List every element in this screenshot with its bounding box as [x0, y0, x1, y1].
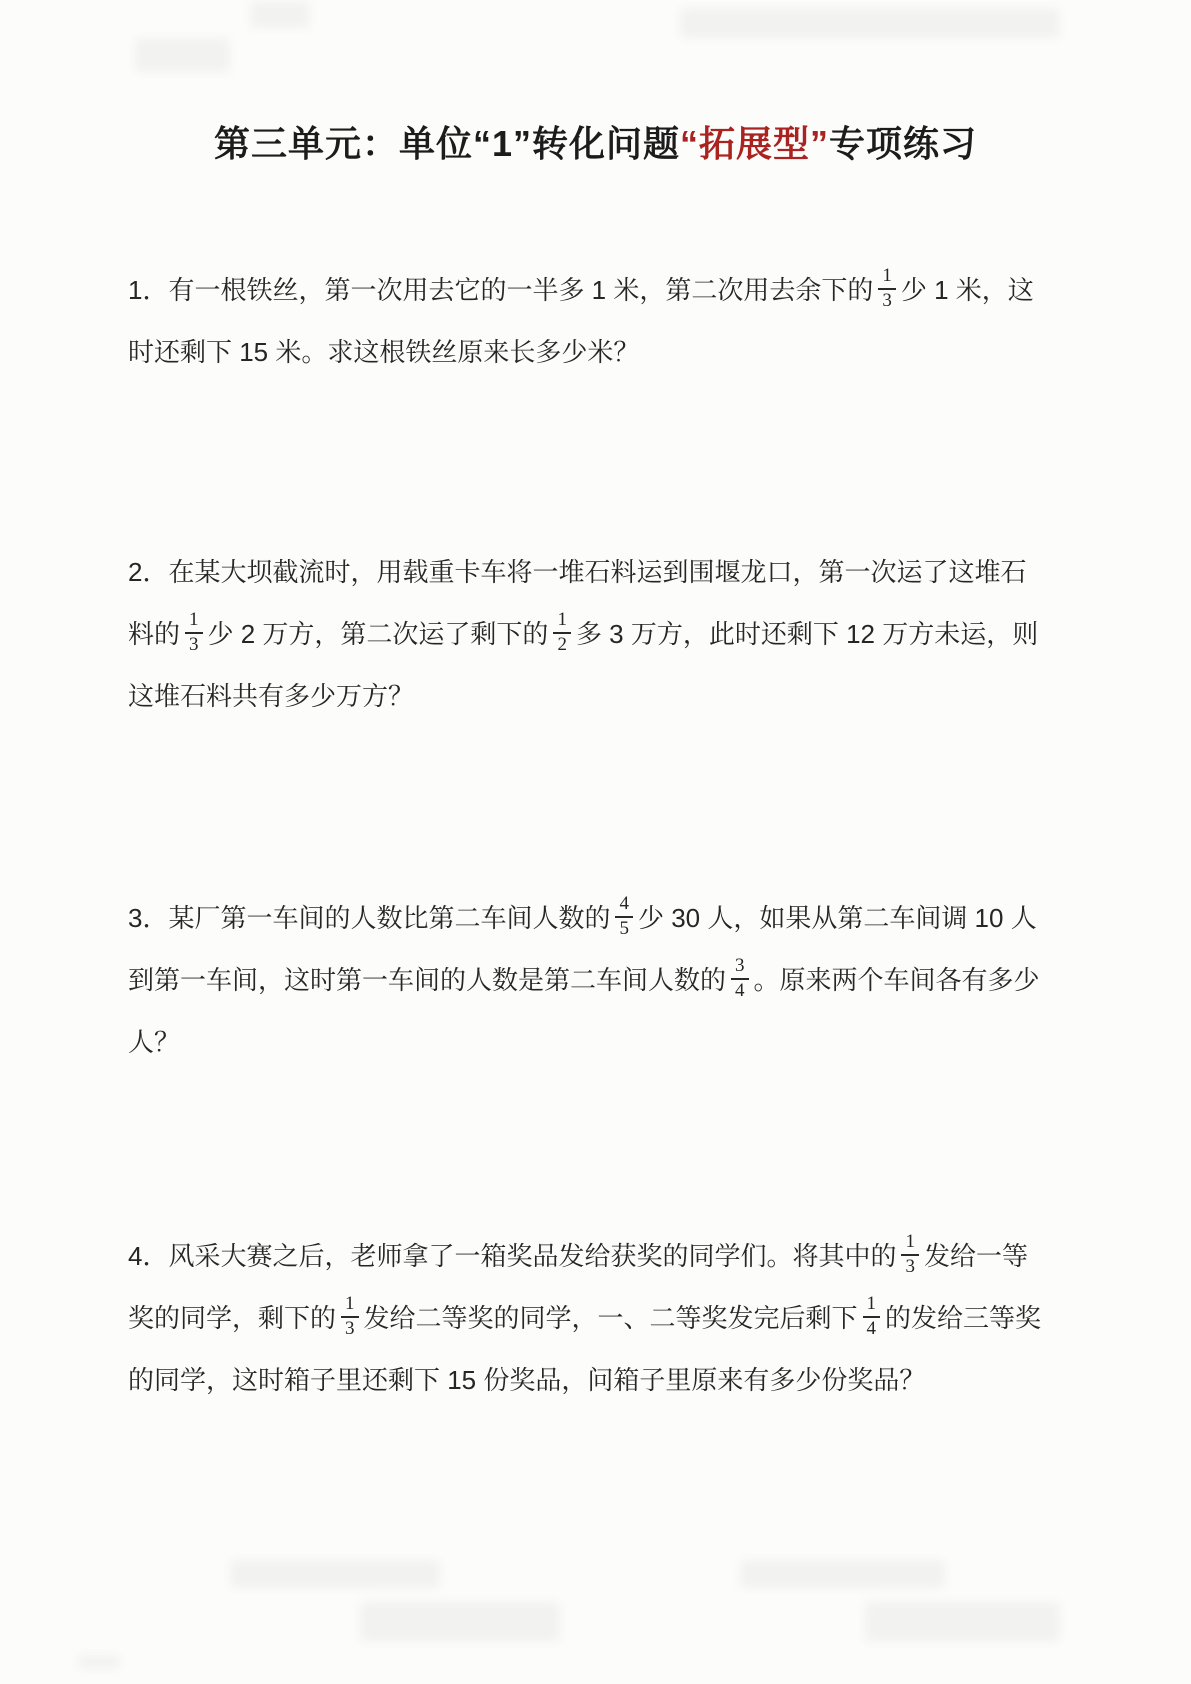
- problem-text: 少 30 人，如果从第二车间调 10 人: [638, 905, 1037, 931]
- problem-line: 料的13少 2 万方，第二次运了剩下的12多 3 万方，此时还剩下 12 万方未…: [128, 603, 1038, 665]
- problem-text: 。原来两个车间各有多少: [754, 967, 1040, 993]
- problem-text: 时还剩下 15 米。求这根铁丝原来长多少米？: [128, 339, 639, 365]
- problem-1: 1．有一根铁丝，第一次用去它的一半多 1 米，第二次用去余下的13少 1 米，这…: [128, 259, 1038, 383]
- problem-line: 人？: [128, 1011, 1038, 1073]
- problem-text: 少 2 万方，第二次运了剩下的: [208, 621, 549, 647]
- problem-line: 1．有一根铁丝，第一次用去它的一半多 1 米，第二次用去余下的13少 1 米，这: [128, 259, 1038, 321]
- problem-text: 少 1 米，这: [901, 277, 1034, 303]
- problem-text: 1．有一根铁丝，第一次用去它的一半多 1 米，第二次用去余下的: [128, 277, 873, 303]
- fraction: 13: [185, 610, 203, 656]
- fraction-denominator: 3: [189, 634, 199, 656]
- problem-text: 这堆石料共有多少万方？: [128, 683, 414, 709]
- fraction: 34: [731, 956, 749, 1002]
- fraction-numerator: 4: [615, 894, 633, 918]
- problem-line: 2．在某大坝截流时，用载重卡车将一堆石料运到围堰龙口，第一次运了这堆石: [128, 541, 1038, 603]
- fraction: 13: [341, 1294, 359, 1340]
- problem-text: 的发给三等奖: [885, 1305, 1041, 1331]
- fraction-denominator: 3: [345, 1318, 355, 1340]
- problem-line: 到第一车间，这时第一车间的人数是第二车间人数的34。原来两个车间各有多少: [128, 949, 1038, 1011]
- fraction-denominator: 3: [905, 1256, 915, 1278]
- problem-text: 人？: [128, 1029, 180, 1055]
- watermark-ghost: [78, 1655, 120, 1669]
- problem-text: 到第一车间，这时第一车间的人数是第二车间人数的: [128, 967, 726, 993]
- fraction-numerator: 1: [553, 610, 571, 634]
- problem-text: 发给二等奖的同学，一、二等奖发完后剩下: [364, 1305, 858, 1331]
- watermark-ghost: [865, 1602, 1060, 1642]
- watermark-ghost: [740, 1560, 945, 1588]
- problem-line: 3．某厂第一车间的人数比第二车间人数的45少 30 人，如果从第二车间调 10 …: [128, 887, 1038, 949]
- fraction-numerator: 1: [901, 1232, 919, 1256]
- problem-list: 1．有一根铁丝，第一次用去它的一半多 1 米，第二次用去余下的13少 1 米，这…: [128, 259, 1038, 1411]
- fraction: 13: [901, 1232, 919, 1278]
- fraction-denominator: 4: [867, 1318, 877, 1340]
- fraction: 14: [863, 1294, 881, 1340]
- page-title: 第三单元：单位“1”转化问题“拓展型”专项练习: [0, 0, 1191, 167]
- problem-line: 4．风采大赛之后，老师拿了一箱奖品发给获奖的同学们。将其中的13发给一等: [128, 1225, 1038, 1287]
- problem-text: 2．在某大坝截流时，用载重卡车将一堆石料运到围堰龙口，第一次运了这堆石: [128, 559, 1026, 585]
- fraction-numerator: 1: [878, 266, 896, 290]
- problem-line: 的同学，这时箱子里还剩下 15 份奖品，问箱子里原来有多少份奖品？: [128, 1349, 1038, 1411]
- fraction: 12: [553, 610, 571, 656]
- fraction-denominator: 5: [619, 918, 629, 940]
- fraction-numerator: 3: [731, 956, 749, 980]
- fraction-denominator: 2: [557, 634, 567, 656]
- fraction-numerator: 1: [863, 1294, 881, 1318]
- fraction-numerator: 1: [185, 610, 203, 634]
- problem-line: 奖的同学，剩下的13发给二等奖的同学，一、二等奖发完后剩下14的发给三等奖: [128, 1287, 1038, 1349]
- title-post: 专项练习: [829, 123, 977, 164]
- fraction: 13: [878, 266, 896, 312]
- problem-4: 4．风采大赛之后，老师拿了一箱奖品发给获奖的同学们。将其中的13发给一等奖的同学…: [128, 1225, 1038, 1411]
- fraction-numerator: 1: [341, 1294, 359, 1318]
- problem-2: 2．在某大坝截流时，用载重卡车将一堆石料运到围堰龙口，第一次运了这堆石料的13少…: [128, 541, 1038, 727]
- problem-text: 的同学，这时箱子里还剩下 15 份奖品，问箱子里原来有多少份奖品？: [128, 1367, 925, 1393]
- worksheet-page: 第三单元：单位“1”转化问题“拓展型”专项练习 1．有一根铁丝，第一次用去它的一…: [0, 0, 1191, 1684]
- problem-3: 3．某厂第一车间的人数比第二车间人数的45少 30 人，如果从第二车间调 10 …: [128, 887, 1038, 1073]
- problem-text: 多 3 万方，此时还剩下 12 万方未运，则: [576, 621, 1038, 647]
- problem-line: 这堆石料共有多少万方？: [128, 665, 1038, 727]
- problem-text: 3．某厂第一车间的人数比第二车间人数的: [128, 905, 610, 931]
- fraction-denominator: 4: [735, 980, 745, 1002]
- title-pre: 第三单元：单位“1”转化问题: [214, 123, 680, 164]
- watermark-ghost: [360, 1602, 560, 1642]
- watermark-ghost: [230, 1560, 440, 1588]
- fraction: 45: [615, 894, 633, 940]
- problem-text: 4．风采大赛之后，老师拿了一箱奖品发给获奖的同学们。将其中的: [128, 1243, 896, 1269]
- problem-text: 奖的同学，剩下的: [128, 1305, 336, 1331]
- problem-line: 时还剩下 15 米。求这根铁丝原来长多少米？: [128, 321, 1038, 383]
- fraction-denominator: 3: [882, 290, 892, 312]
- problem-text: 料的: [128, 621, 180, 647]
- title-highlight: “拓展型”: [680, 123, 829, 164]
- problem-text: 发给一等: [924, 1243, 1028, 1269]
